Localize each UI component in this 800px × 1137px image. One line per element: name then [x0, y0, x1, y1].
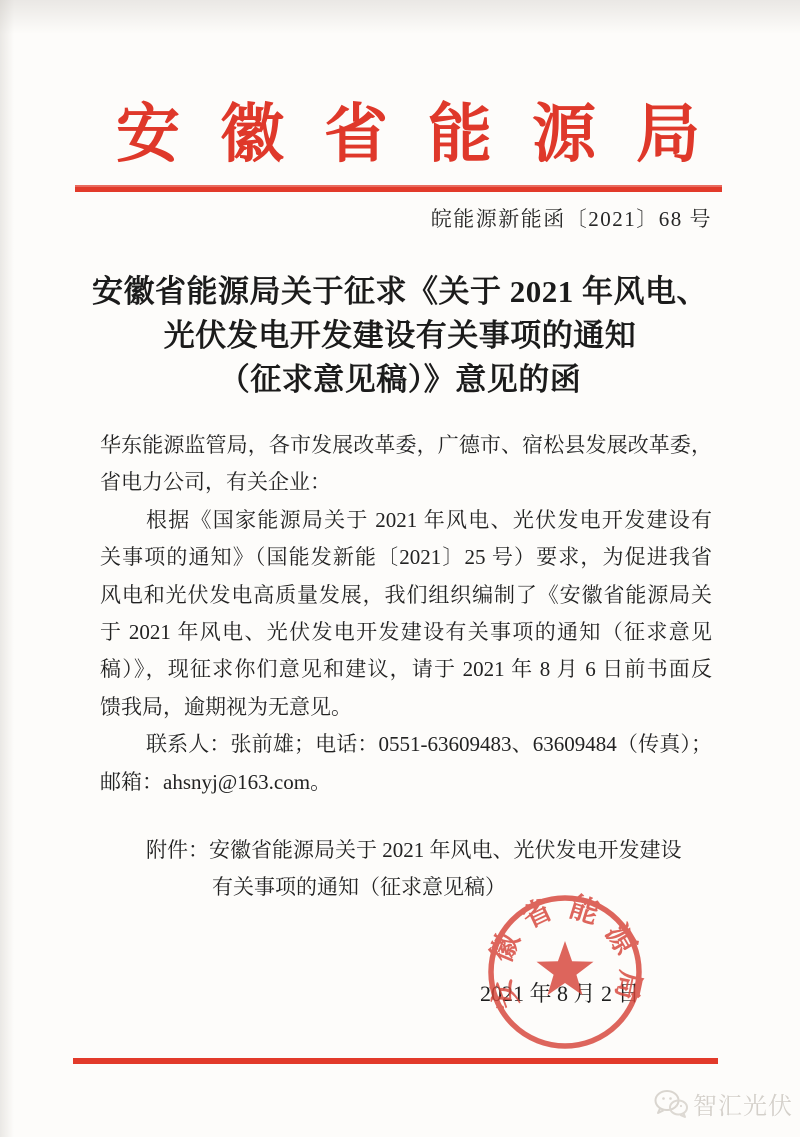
document-page: 安徽省能源局 皖能源新能函〔2021〕68 号 安徽省能源局关于征求《关于 20…	[0, 0, 800, 1137]
letterhead-agency-name: 安徽省能源局	[116, 96, 740, 174]
body-line: 风电和光伏发电高质量发展，我们组织编制了《安徽省能源局关	[100, 577, 712, 614]
notice-title-line-2: 光伏发电开发建设有关事项的通知	[0, 314, 800, 358]
body-line-email: 邮箱：ahsnyj@163.com。	[100, 764, 712, 801]
body-line: 关事项的通知》（国能发新能〔2021〕25 号）要求，为促进我省	[100, 539, 712, 576]
body-line: 华东能源监管局，各市发展改革委，广德市、宿松县发展改革委，	[100, 427, 712, 464]
body-line: 省电力公司，有关企业：	[100, 464, 712, 501]
body-line-contact: 联系人：张前雄；电话：0551-63609483、63609484（传真）；	[100, 726, 712, 763]
seal-star	[537, 941, 594, 995]
notice-title-line-1: 安徽省能源局关于征求《关于 2021 年风电、	[0, 270, 800, 314]
letter-body: 华东能源监管局，各市发展改革委，广德市、宿松县发展改革委， 省电力公司，有关企业…	[100, 427, 712, 801]
letterhead-separator-line	[75, 185, 722, 192]
notice-title-line-3: （征求意见稿）》意见的函	[0, 358, 800, 402]
wechat-icon	[654, 1089, 688, 1119]
document-number: 皖能源新能函〔2021〕68 号	[431, 203, 712, 233]
body-line: 根据《国家能源局关于 2021 年风电、光伏发电开发建设有	[100, 502, 712, 539]
body-line: 馈我局，逾期视为无意见。	[100, 689, 712, 726]
scan-shadow-top	[0, 0, 800, 34]
body-line: 于 2021 年风电、光伏发电开发建设有关事项的通知（征求意见	[100, 614, 712, 651]
scan-shadow-left	[0, 0, 14, 1137]
official-seal: 安徽省能源局	[455, 862, 675, 1082]
watermark: 智汇光伏	[654, 1086, 793, 1121]
notice-title: 安徽省能源局关于征求《关于 2021 年风电、 光伏发电开发建设有关事项的通知 …	[0, 270, 800, 402]
watermark-text: 智汇光伏	[693, 1086, 793, 1121]
body-line: 稿）》，现征求你们意见和建议，请于 2021 年 8 月 6 日前书面反	[100, 651, 712, 688]
